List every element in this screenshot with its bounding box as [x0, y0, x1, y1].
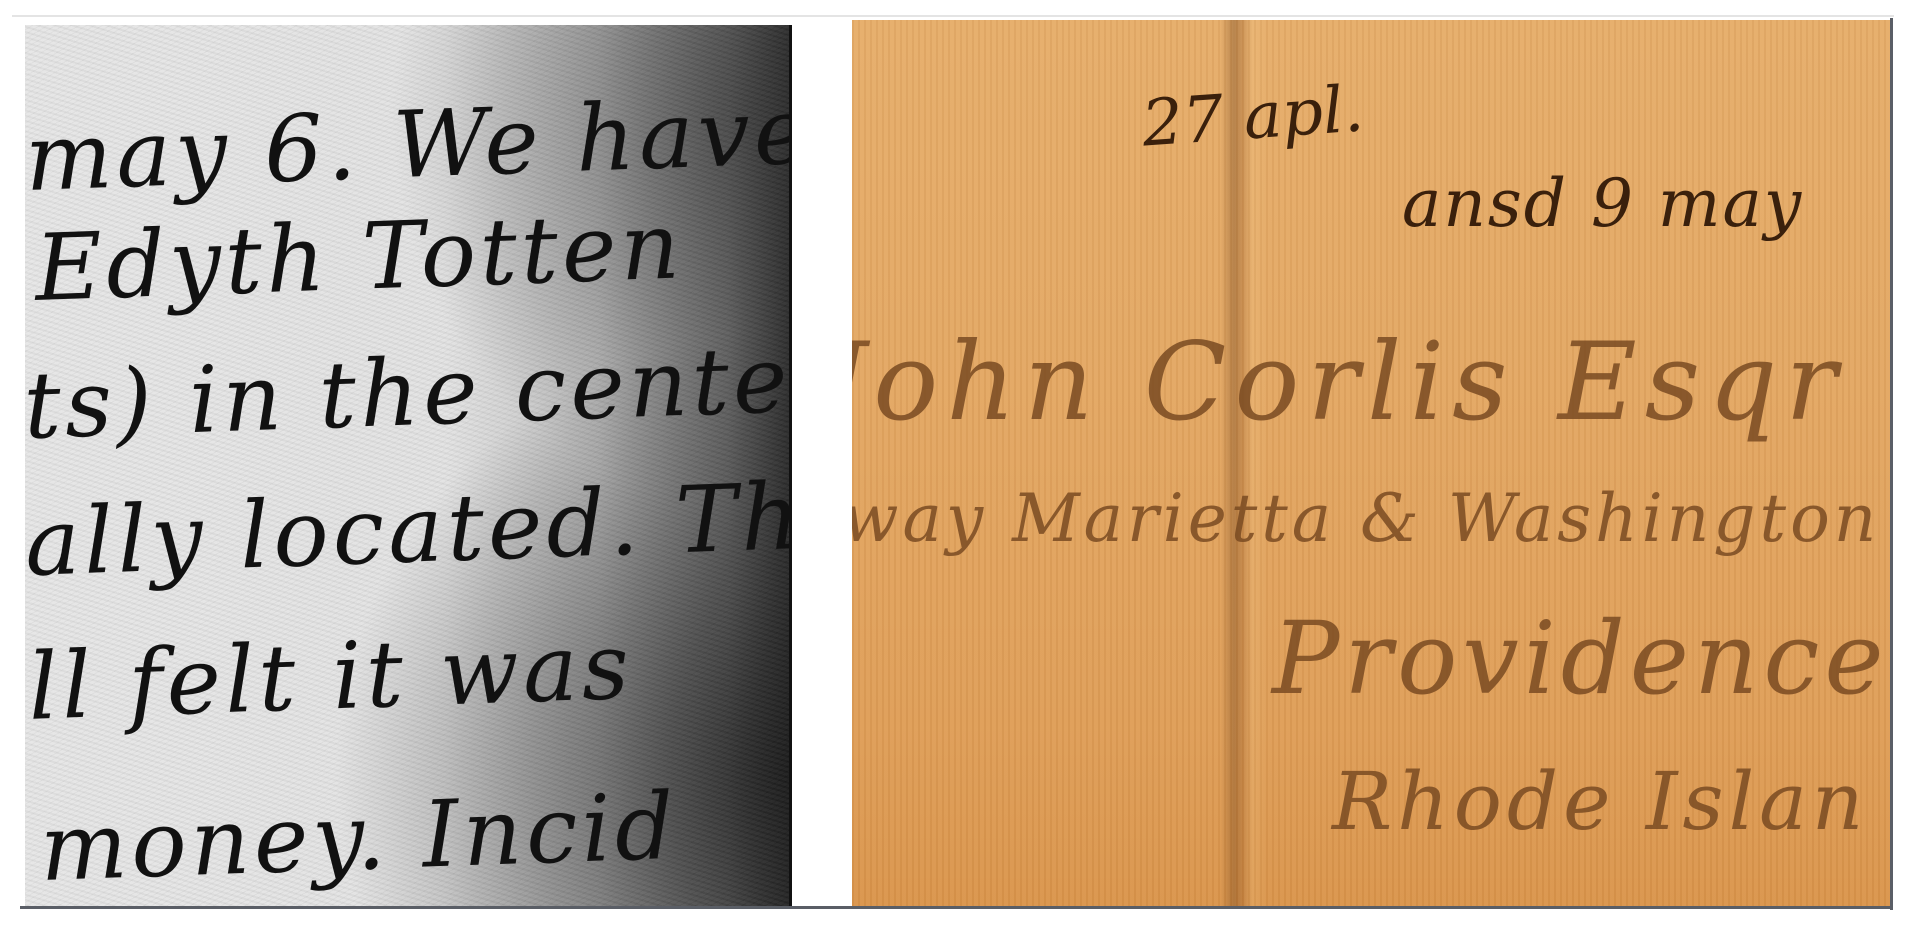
letter-line-5: ill felt it was [25, 613, 635, 742]
letter-line-3: ats) in the center [25, 325, 792, 462]
envelope-answered-note: ansd 9 may [1402, 165, 1803, 242]
frame-bottom-edge [20, 906, 1893, 909]
envelope-date-note: 27 apl. [1140, 72, 1366, 161]
handwritten-letter-image: may 6. We have Edyth Totten ats) in the … [25, 25, 792, 906]
letter-line-4: ally located. This [25, 460, 792, 597]
letter-line-2: Edyth Totten [33, 192, 685, 322]
letter-line-6: money. Incid [38, 773, 679, 902]
top-divider [12, 15, 1894, 17]
envelope-address-line: way Marietta & Washington [852, 480, 1880, 557]
envelope-state: Rhode Islan [1332, 755, 1868, 848]
envelope-city: Providence [1272, 600, 1889, 717]
frame-right-edge [1890, 18, 1893, 910]
envelope-addressee: John Corlis Esqr [852, 320, 1845, 445]
envelope-image: 27 apl. ansd 9 may John Corlis Esqr way … [852, 20, 1890, 906]
